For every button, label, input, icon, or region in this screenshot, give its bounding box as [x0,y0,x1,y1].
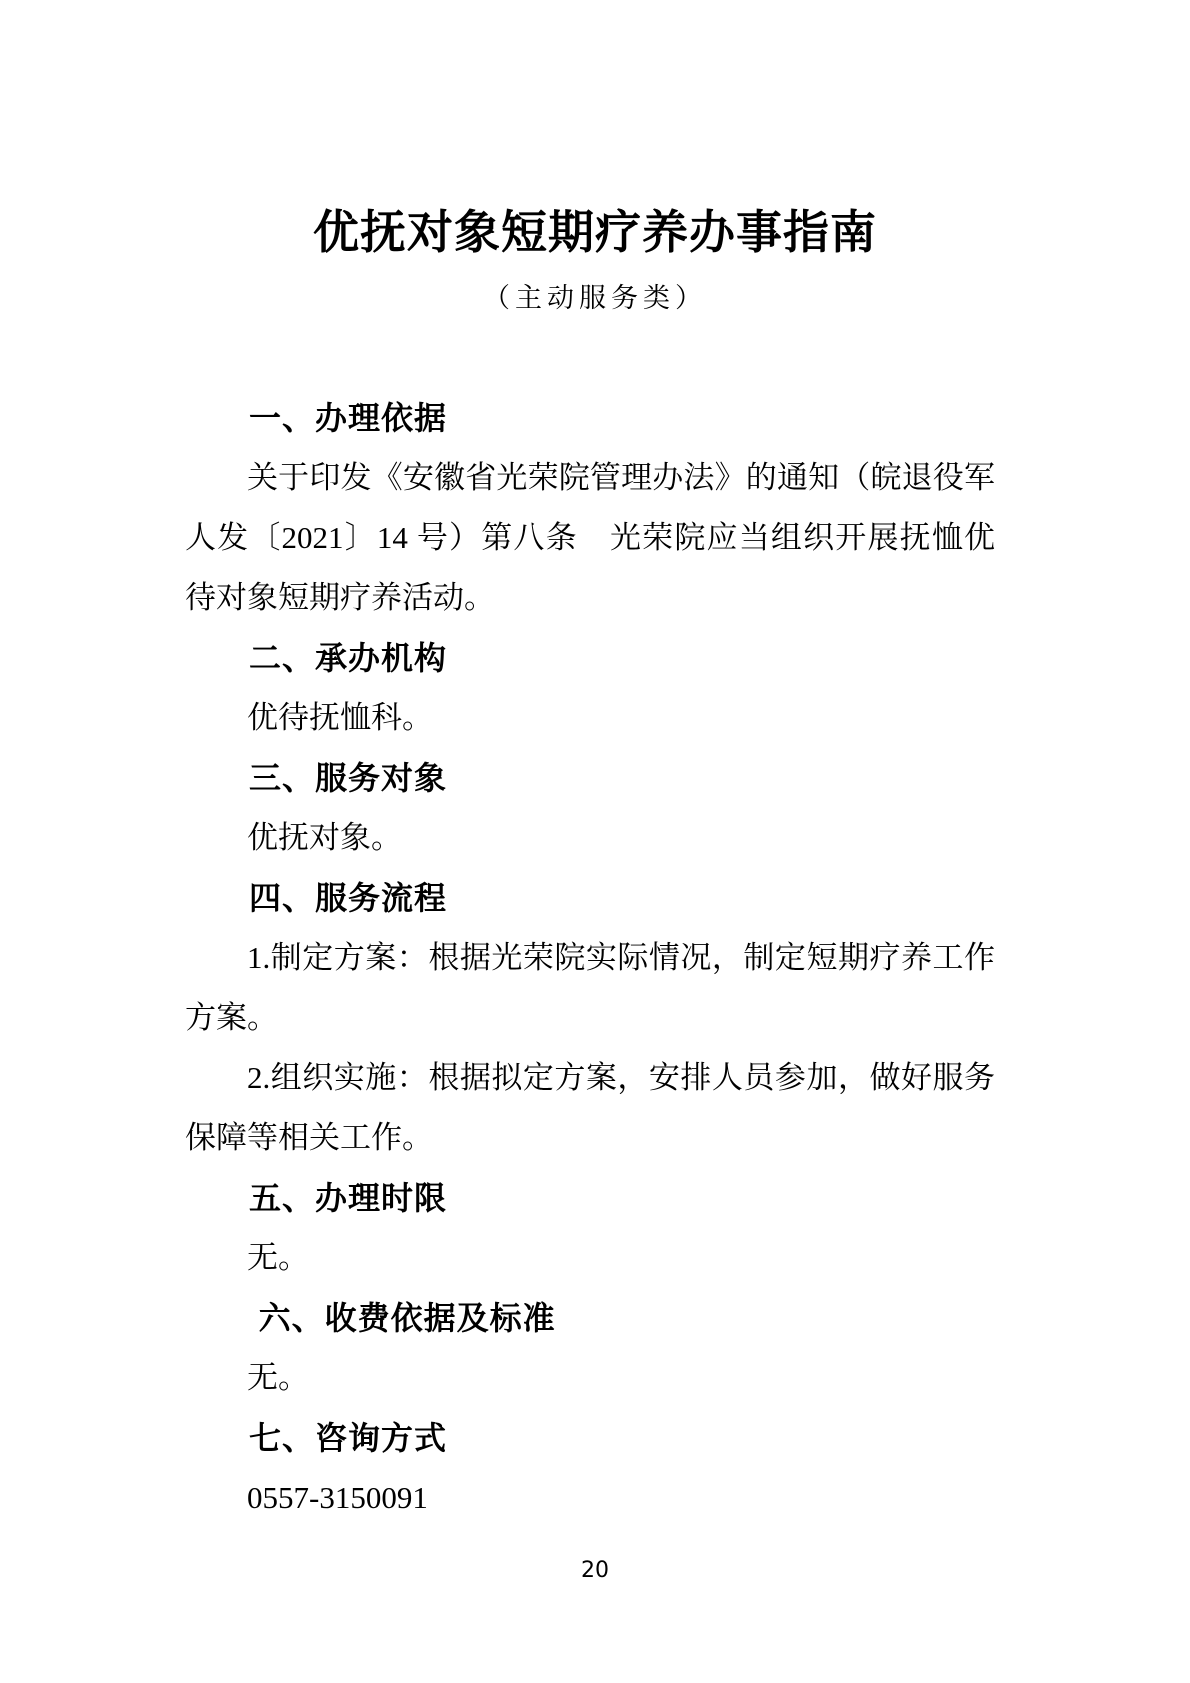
section-paragraph: 关于印发《安徽省光荣院管理办法》的通知（皖退役军人发〔2021〕14 号）第八条… [185,448,995,628]
section-paragraph: 优待抚恤科。 [185,688,995,748]
contact-phone-number: 0557-3150091 [185,1468,995,1528]
section-heading-service-process: 四、服务流程 [185,868,995,928]
page-number: 20 [0,1556,1190,1586]
document-section: 五、办理时限 无。 [185,1168,995,1288]
document-section: 三、服务对象 优抚对象。 [185,748,995,868]
section-paragraph: 无。 [185,1348,995,1408]
section-paragraph: 2.组织实施：根据拟定方案，安排人员参加，做好服务保障等相关工作。 [185,1048,995,1168]
document-section: 一、办理依据 关于印发《安徽省光荣院管理办法》的通知（皖退役军人发〔2021〕1… [185,388,995,628]
section-heading-service-target: 三、服务对象 [185,748,995,808]
document-section: 七、咨询方式 0557-3150091 [185,1408,995,1528]
document-body: 一、办理依据 关于印发《安徽省光荣院管理办法》的通知（皖退役军人发〔2021〕1… [185,388,995,1528]
section-heading-agency: 二、承办机构 [185,628,995,688]
section-paragraph: 1.制定方案：根据光荣院实际情况，制定短期疗养工作方案。 [185,928,995,1048]
section-heading-time-limit: 五、办理时限 [185,1168,995,1228]
section-paragraph: 优抚对象。 [185,808,995,868]
document-section: 四、服务流程 1.制定方案：根据光荣院实际情况，制定短期疗养工作方案。 2.组织… [185,868,995,1168]
document-section: 六、收费依据及标准 无。 [185,1288,995,1408]
section-paragraph: 无。 [185,1228,995,1288]
document-section: 二、承办机构 优待抚恤科。 [185,628,995,748]
section-heading-basis: 一、办理依据 [185,388,995,448]
section-heading-fees: 六、收费依据及标准 [185,1288,995,1348]
document-page: { "document": { "title": "优抚对象短期疗养办事指南",… [0,0,1190,1683]
document-subtitle: （主动服务类） [0,278,1190,318]
document-title: 优抚对象短期疗养办事指南 [0,205,1190,261]
section-heading-contact: 七、咨询方式 [185,1408,995,1468]
